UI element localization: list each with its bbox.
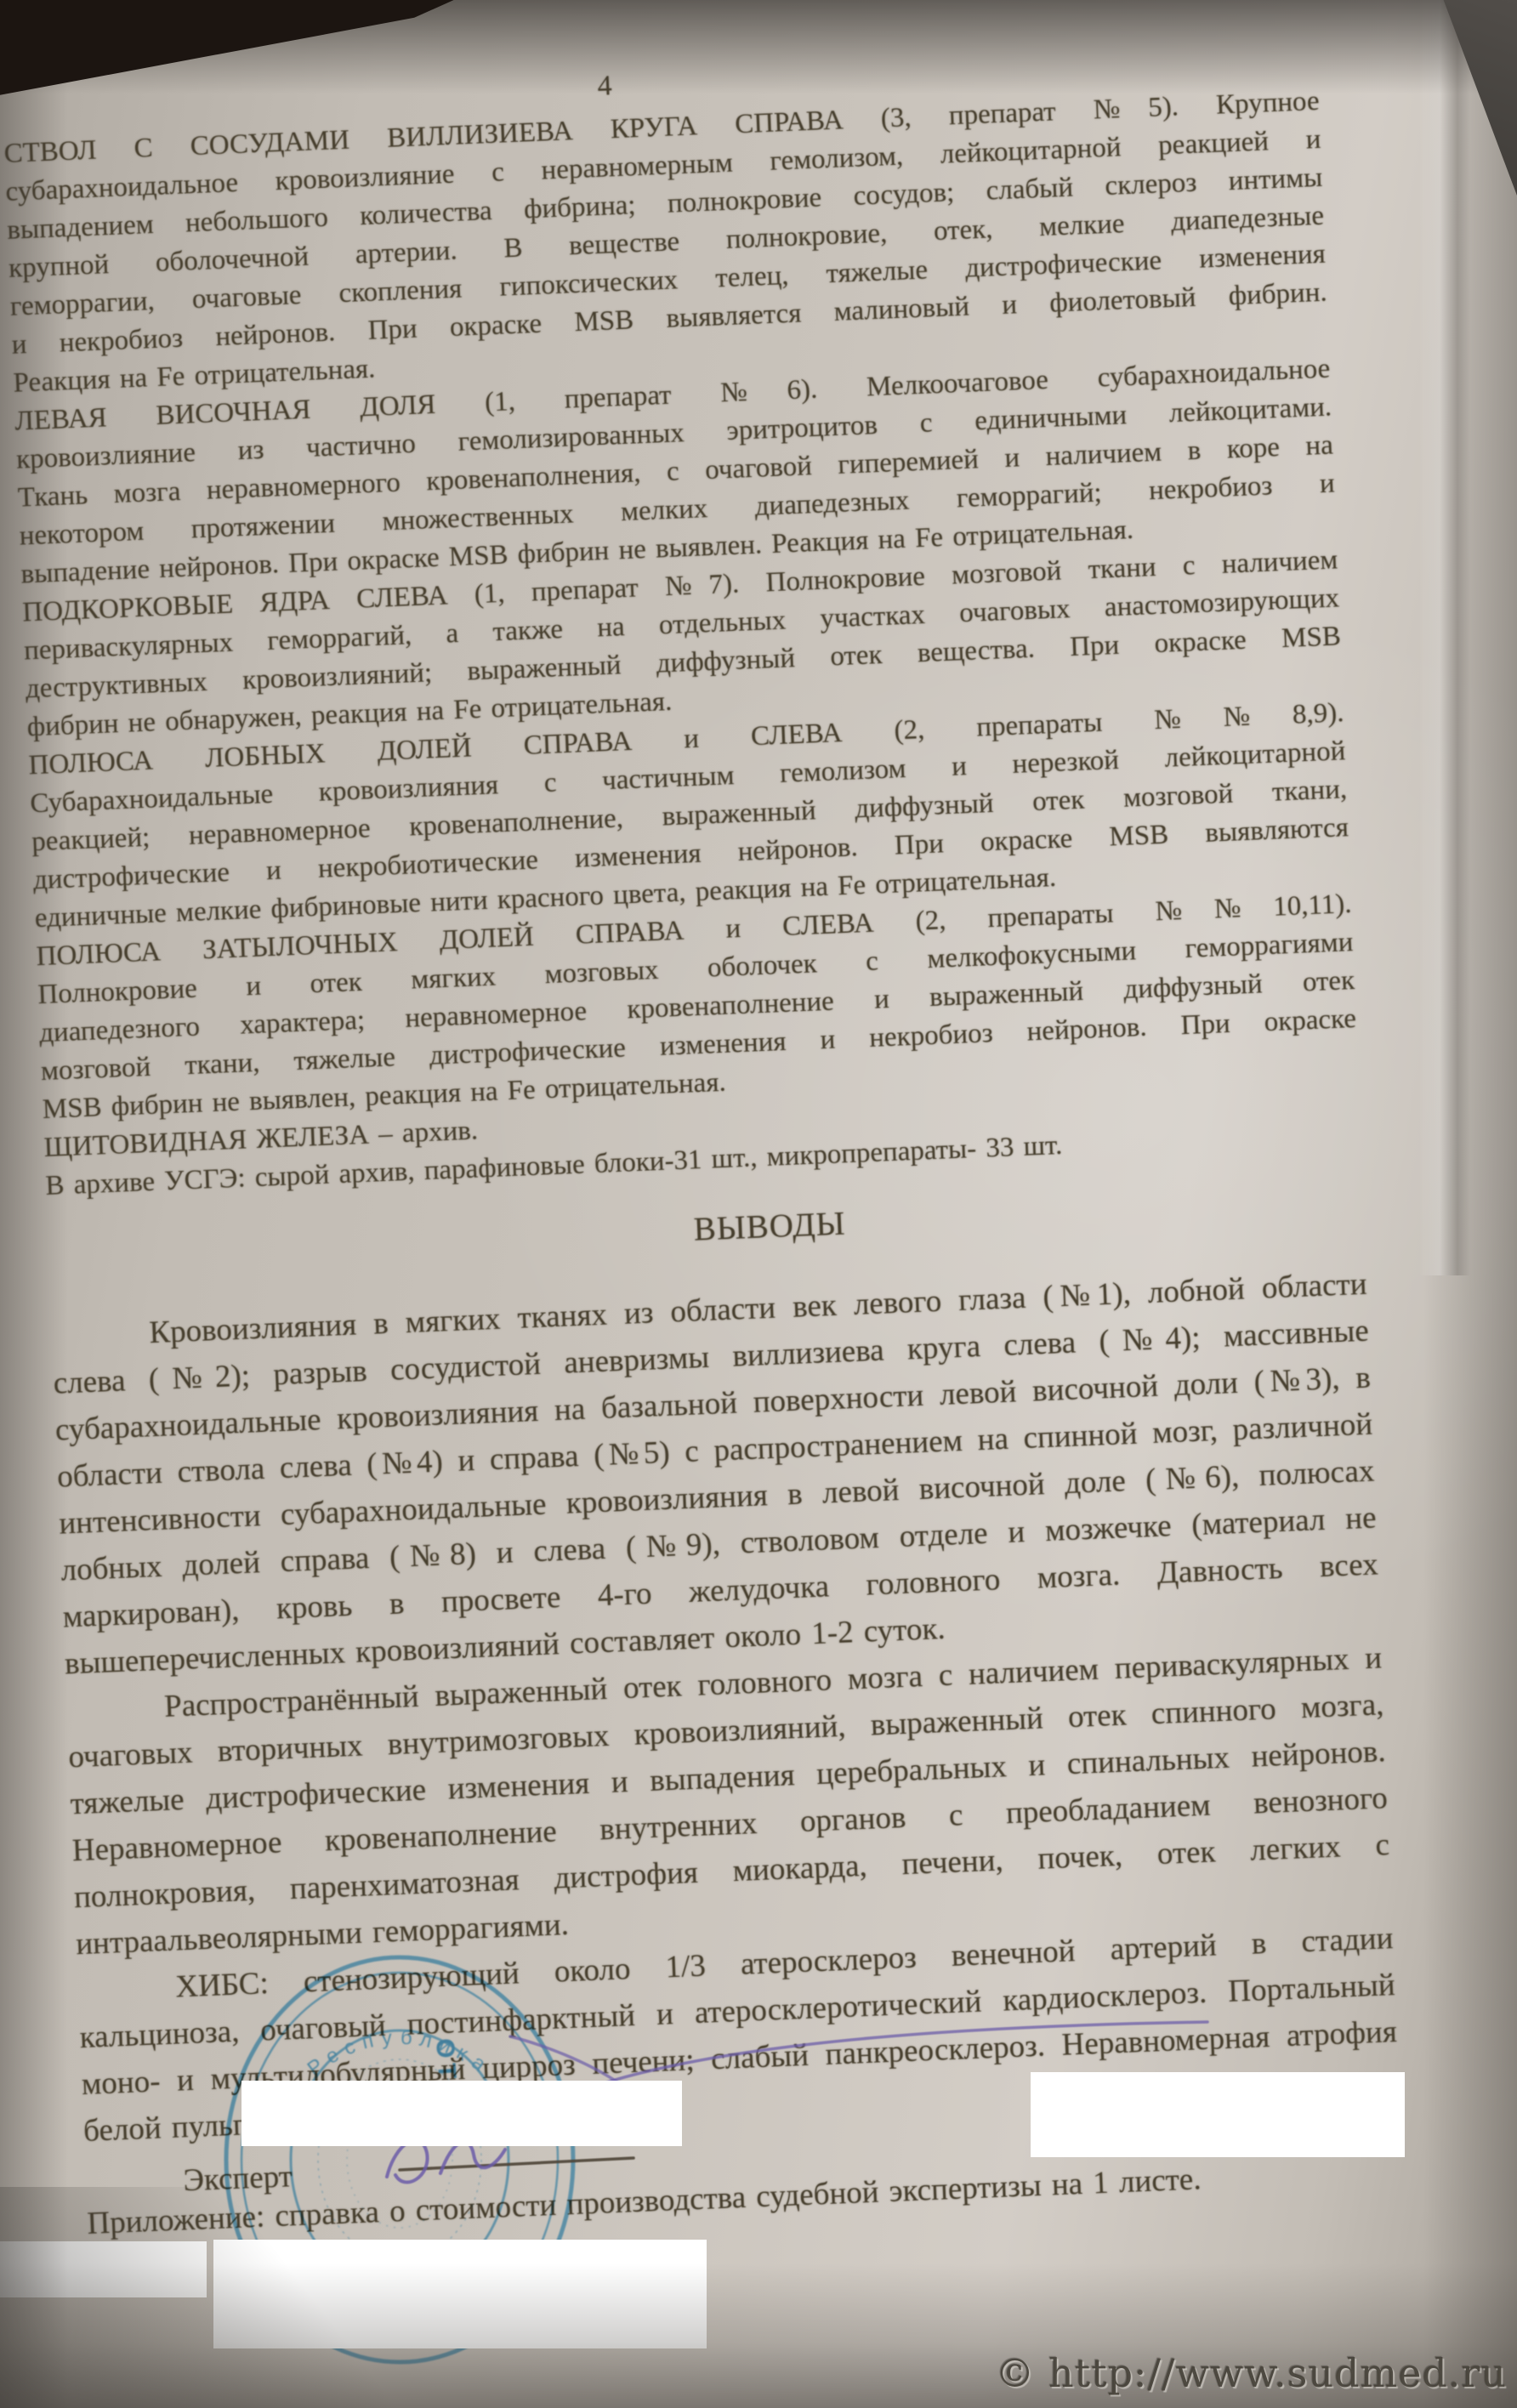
redaction-box	[213, 2240, 707, 2348]
report-body: 4 СТВОЛ С СОСУДАМИ ВИЛЛИЗИЕВА КРУГА СПРА…	[2, 38, 1361, 1206]
document-text-block: 4 СТВОЛ С СОСУДАМИ ВИЛЛИЗИЕВА КРУГА СПРА…	[2, 38, 1404, 2247]
watermark: © http://www.sudmed.ru	[995, 2350, 1507, 2396]
photographed-forensic-report-page: { "page": { "number": "4" }, "report": {…	[0, 0, 1517, 2408]
redaction-box	[0, 2241, 207, 2297]
redaction-box	[1031, 2072, 1405, 2157]
redaction-box	[241, 2081, 682, 2146]
